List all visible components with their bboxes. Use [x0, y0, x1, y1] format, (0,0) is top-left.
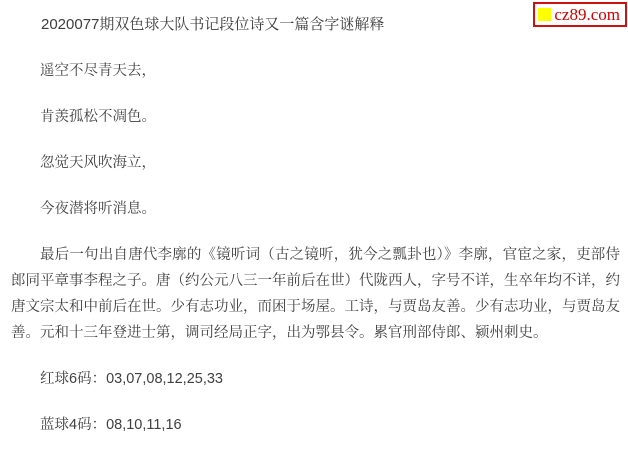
poem-line-3: 忽觉天风吹海立， — [11, 150, 620, 176]
poem-line-1: 遥空不尽青天去， — [11, 58, 620, 84]
cz89-logo[interactable]: cz89.com — [533, 2, 627, 27]
poem-line-2: 肯羡孤松不凋色。 — [11, 104, 620, 130]
article-page: cz89.com 2020077期双色球大队书记段位诗又一篇含字谜解释 遥空不尽… — [0, 0, 628, 462]
blue-balls-line: 蓝球4码：08,10,11,16 — [11, 412, 620, 438]
article-title: 2020077期双色球大队书记段位诗又一篇含字谜解释 — [11, 12, 620, 38]
poem-line-4: 今夜潜将听消息。 — [11, 196, 620, 222]
cz89-logo-text: cz89.com — [554, 6, 620, 23]
red-balls-line: 红球6码：03,07,08,12,25,33 — [11, 366, 620, 392]
explanation-paragraph: 最后一句出自唐代李廓的《镜听词（古之镜听，犹今之瓢卦也）》李廓，官宦之家，吏部侍… — [11, 242, 620, 346]
yellow-square-icon — [538, 8, 551, 21]
